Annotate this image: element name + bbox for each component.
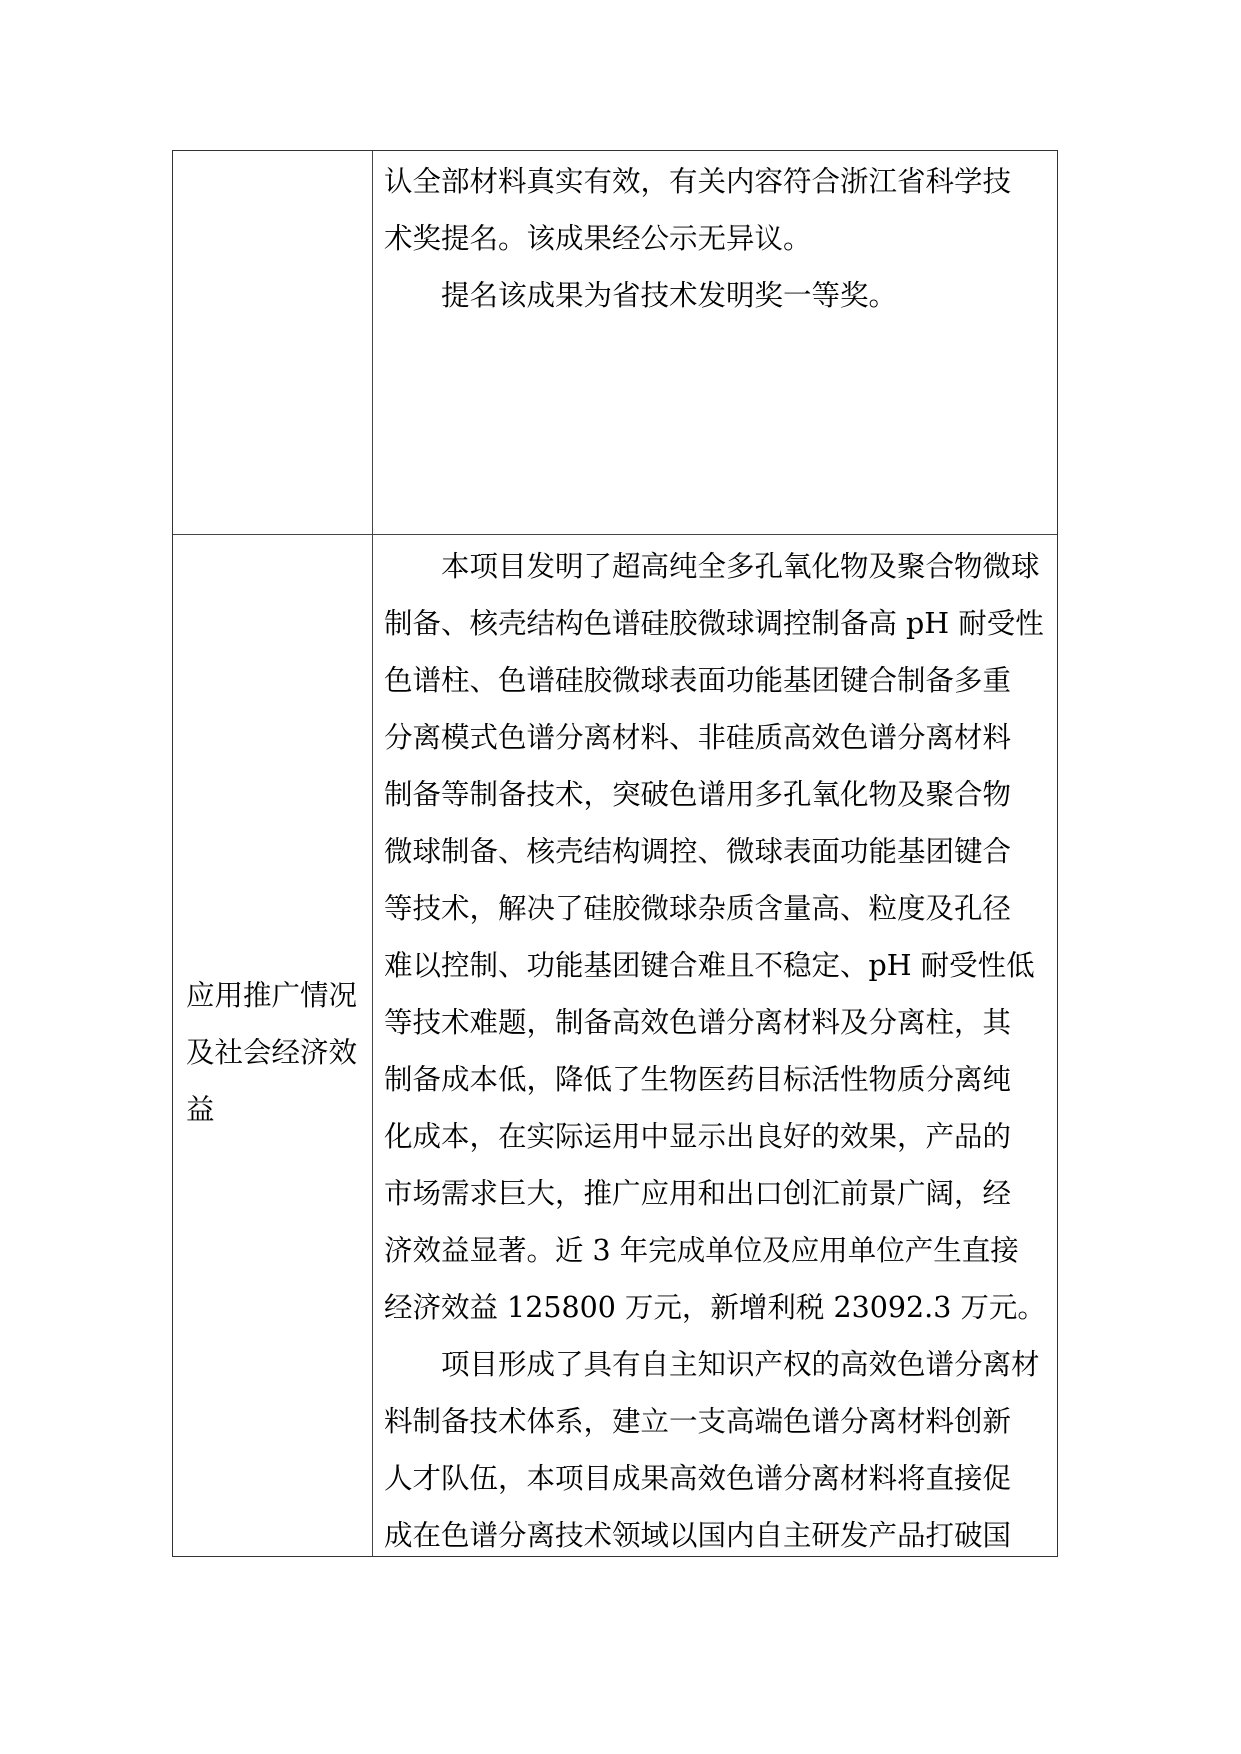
text-line: 等技术，解决了硅胶微球杂质含量高、粒度及孔径 (384, 880, 1057, 937)
text-line: 市场需求巨大，推广应用和出口创汇前景广阔，经 (384, 1165, 1057, 1222)
text-line: 色谱柱、色谱硅胶微球表面功能基团键合制备多重 (384, 652, 1057, 709)
text-line: 微球制备、核壳结构调控、微球表面功能基团键合 (384, 823, 1057, 880)
text-line: 项目形成了具有自主知识产权的高效色谱分离材 (384, 1336, 1057, 1393)
text-line: 料制备技术体系，建立一支高端色谱分离材料创新 (384, 1393, 1057, 1450)
text-line: 本项目发明了超高纯全多孔氧化物及聚合物微球 (384, 538, 1057, 595)
text-line: 提名该成果为省技术发明奖一等奖。 (384, 267, 1057, 324)
label-line: 及社会经济效 (186, 1024, 357, 1081)
nomination-table: 认全部材料真实有效，有关内容符合浙江省科学技 术奖提名。该成果经公示无异议。 提… (172, 150, 1058, 1557)
document-page: 认全部材料真实有效，有关内容符合浙江省科学技 术奖提名。该成果经公示无异议。 提… (0, 0, 1241, 1754)
text-line: 化成本，在实际运用中显示出良好的效果，产品的 (384, 1108, 1057, 1165)
text-line: 成在色谱分离技术领域以国内自主研发产品打破国 (384, 1507, 1057, 1564)
text-line: 经济效益 125800 万元，新增利税 23092.3 万元。 (384, 1279, 1057, 1336)
application-content-cell: 本项目发明了超高纯全多孔氧化物及聚合物微球 制备、核壳结构色谱硅胶微球调控制备高… (373, 535, 1057, 1555)
application-label: 应用推广情况 及社会经济效 益 (173, 953, 357, 1138)
text-line: 制备等制备技术，突破色谱用多孔氧化物及聚合物 (384, 766, 1057, 823)
text-line: 术奖提名。该成果经公示无异议。 (384, 210, 1057, 267)
nomination-opinion-label-cell (173, 151, 372, 534)
text-line: 人才队伍，本项目成果高效色谱分离材料将直接促 (384, 1450, 1057, 1507)
text-line: 济效益显著。近 3 年完成单位及应用单位产生直接 (384, 1222, 1057, 1279)
text-line: 制备成本低，降低了生物医药目标活性物质分离纯 (384, 1051, 1057, 1108)
application-label-cell: 应用推广情况 及社会经济效 益 (173, 535, 372, 1555)
label-line: 应用推广情况 (186, 967, 357, 1024)
text-line: 难以控制、功能基团键合难且不稳定、pH 耐受性低 (384, 937, 1057, 994)
text-line: 等技术难题，制备高效色谱分离材料及分离柱，其 (384, 994, 1057, 1051)
text-line: 认全部材料真实有效，有关内容符合浙江省科学技 (384, 153, 1057, 210)
label-line: 益 (186, 1081, 357, 1138)
text-line: 制备、核壳结构色谱硅胶微球调控制备高 pH 耐受性 (384, 595, 1057, 652)
nomination-opinion-content-cell: 认全部材料真实有效，有关内容符合浙江省科学技 术奖提名。该成果经公示无异议。 提… (373, 151, 1057, 534)
text-line: 分离模式色谱分离材料、非硅质高效色谱分离材料 (384, 709, 1057, 766)
